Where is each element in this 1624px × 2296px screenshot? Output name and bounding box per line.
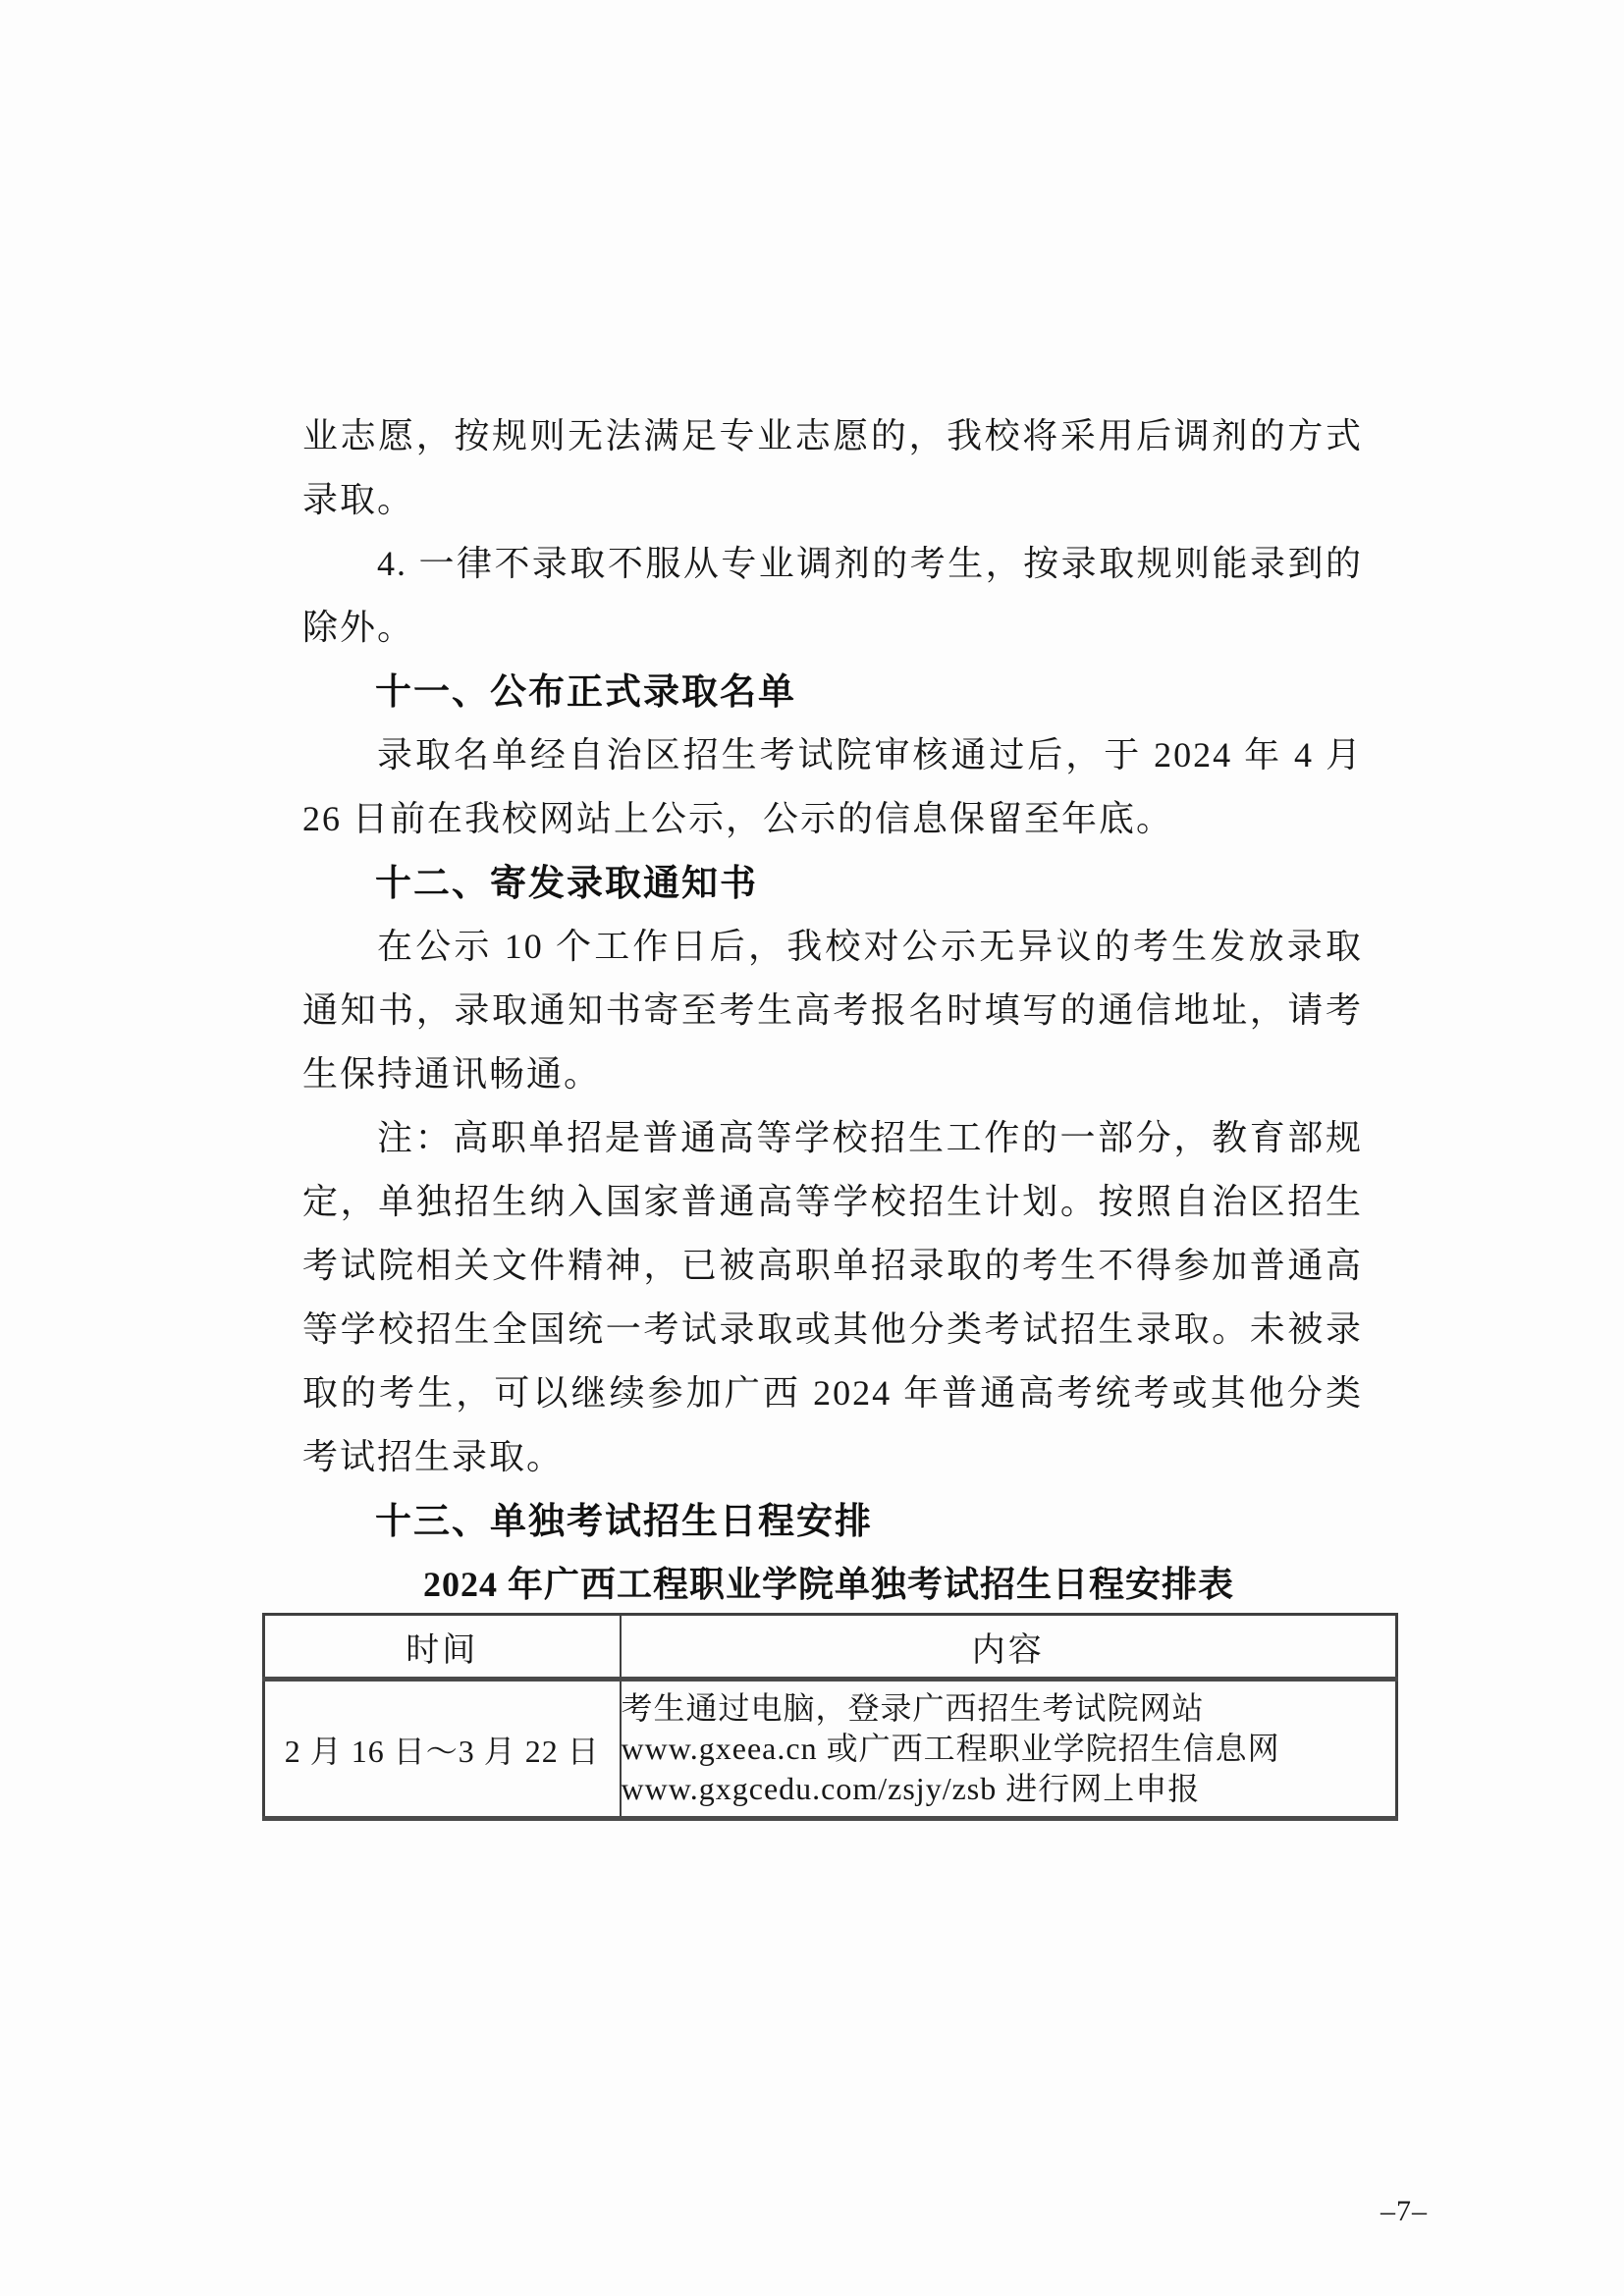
content-line-2: www.gxeea.cn 或广西工程职业学院招生信息网 (622, 1729, 1396, 1769)
time-cell: 2 月 16 日～3 月 22 日 (264, 1680, 621, 1819)
schedule-table-caption: 2024 年广西工程职业学院单独考试招生日程安排表 (262, 1557, 1395, 1612)
section-heading-11: 十一、公布正式录取名单 (302, 660, 1363, 723)
column-header-content: 内容 (621, 1615, 1397, 1680)
column-header-time: 时间 (264, 1615, 621, 1680)
paragraph-rule-4: 4. 一律不录取不服从专业调剂的考生，按录取规则能录到的除外。 (302, 532, 1363, 660)
table-row: 2 月 16 日～3 月 22 日 考生通过电脑，登录广西招生考试院网站 www… (264, 1680, 1397, 1819)
page-number: –7– (1360, 2195, 1448, 2228)
content-line-3: www.gxgcedu.com/zsjy/zsb 进行网上申报 (622, 1769, 1396, 1809)
schedule-table: 时间 内容 2 月 16 日～3 月 22 日 考生通过电脑，登录广西招生考试院… (262, 1613, 1398, 1821)
paragraph-continuation: 业志愿，按规则无法满足专业志愿的，我校将采用后调剂的方式录取。 (302, 404, 1363, 532)
section-heading-13: 十三、单独考试招生日程安排 (302, 1489, 1363, 1553)
table-header-row: 时间 内容 (264, 1615, 1397, 1680)
paragraph-section-12: 在公示 10 个工作日后，我校对公示无异议的考生发放录取通知书，录取通知书寄至考… (302, 915, 1363, 1106)
content-line-1: 考生通过电脑，登录广西招生考试院网站 (622, 1688, 1396, 1729)
content-cell: 考生通过电脑，登录广西招生考试院网站 www.gxeea.cn 或广西工程职业学… (621, 1680, 1397, 1819)
document-body: 业志愿，按规则无法满足专业志愿的，我校将采用后调剂的方式录取。 4. 一律不录取… (302, 404, 1363, 1553)
paragraph-section-11: 录取名单经自治区招生考试院审核通过后，于 2024 年 4 月 26 日前在我校… (302, 723, 1363, 851)
section-heading-12: 十二、寄发录取通知书 (302, 851, 1363, 915)
document-page: 业志愿，按规则无法满足专业志愿的，我校将采用后调剂的方式录取。 4. 一律不录取… (0, 0, 1624, 2296)
paragraph-note: 注：高职单招是普通高等学校招生工作的一部分，教育部规定，单独招生纳入国家普通高等… (302, 1106, 1363, 1489)
